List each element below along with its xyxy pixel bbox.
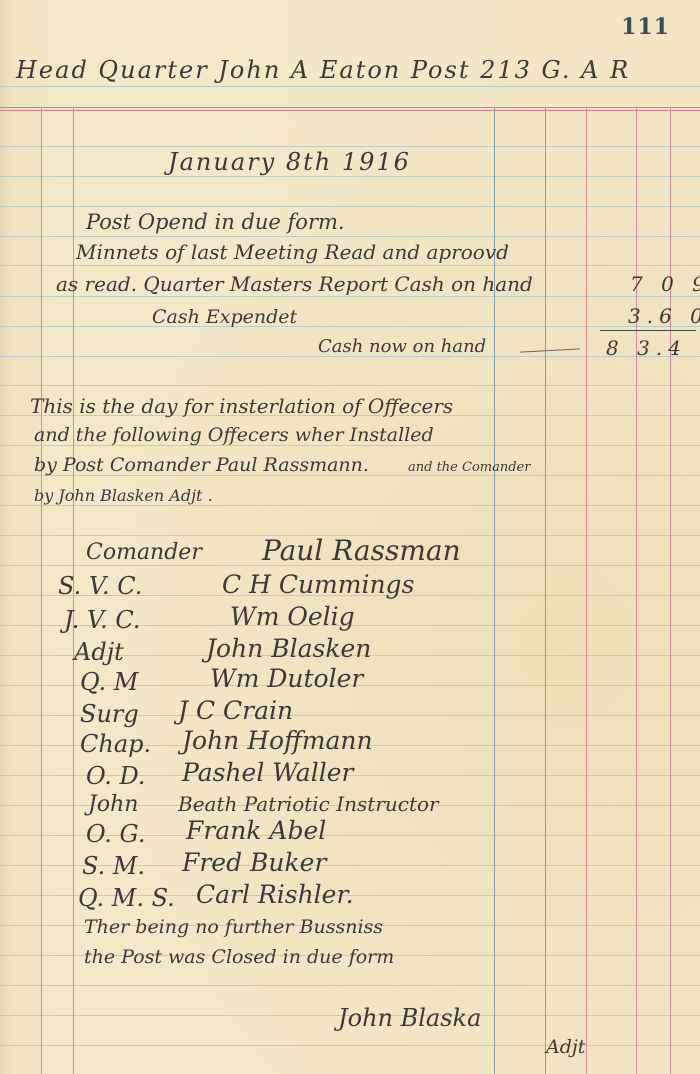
installation-line: and the following Offecers wher Installe… [34, 424, 434, 446]
officer-title: O. D. [86, 762, 146, 790]
officer-name: Wm Dutoler [210, 664, 363, 693]
cash-on-hand: 7 0 9 [630, 272, 700, 296]
officer-name: John Blasken [206, 634, 371, 663]
amount-column-rule [586, 108, 587, 1074]
page-header: Head Quarter John A Eaton Post 213 G. A … [16, 56, 630, 84]
officer-title: O. G. [86, 820, 145, 848]
amount-column-rule [670, 108, 671, 1074]
minutes-line: Cash now on hand [318, 336, 486, 357]
officer-name: Wm Oelig [230, 602, 355, 631]
officer-name: C H Cummings [222, 570, 414, 599]
officer-title: Surg [80, 700, 139, 728]
officer-name: Pashel Waller [182, 758, 353, 787]
header-rule [0, 110, 700, 111]
closing-line: the Post was Closed in due form [84, 946, 394, 968]
officer-name: Carl Rishler. [196, 880, 354, 909]
officer-title: Comander [86, 540, 202, 565]
officer-title: S. V. C. [58, 572, 142, 600]
minutes-line: Post Opend in due form. [86, 210, 345, 234]
officer-title: Adjt [74, 638, 124, 666]
officer-name: Paul Rassman [262, 534, 461, 567]
installation-line: This is the day for insterlation of Offe… [30, 394, 453, 418]
filler-stroke [520, 348, 580, 352]
column-rule [545, 108, 546, 1074]
installation-line: by John Blasken Adjt . [34, 486, 213, 505]
amount-column-rule [636, 108, 637, 1074]
signature-title: Adjt [546, 1036, 585, 1058]
closing-line: Ther being no further Bussniss [84, 916, 383, 938]
cash-now-on-hand: 8 3.4 9 [606, 336, 700, 360]
page-number: 111 [621, 14, 670, 40]
officer-title: John [88, 792, 138, 817]
officer-name: John Hoffmann [182, 726, 373, 755]
sum-line [600, 330, 696, 331]
signature-name: John Blaska [338, 1004, 481, 1032]
officer-name: Beath Patriotic Instructor [178, 792, 439, 816]
margin-rule [41, 108, 42, 1074]
minutes-line: as read. Quarter Masters Report Cash on … [56, 272, 533, 296]
header-rule [0, 107, 700, 108]
officer-title: Q. M [80, 668, 138, 696]
officer-title: Q. M. S. [78, 884, 175, 912]
minutes-line: Minnets of last Meeting Read and aproovd [76, 240, 509, 264]
officer-title: Chap. [80, 730, 151, 758]
officer-name: J C Crain [178, 696, 293, 725]
officer-title: J. V. C. [64, 606, 141, 634]
ledger-page: 111 Head Quarter John A Eaton Post 213 G… [0, 0, 700, 1074]
meeting-date: January 8th 1916 [168, 148, 411, 176]
installation-line: and the Comander [408, 460, 530, 475]
officer-title: S. M. [82, 852, 145, 880]
officer-name: Fred Buker [182, 848, 326, 877]
minutes-line: Cash Expendet [152, 306, 297, 328]
installation-line: by Post Comander Paul Rassmann. [34, 454, 369, 476]
officer-name: Frank Abel [186, 816, 326, 845]
cash-expended: 3.6 0 [628, 304, 700, 328]
